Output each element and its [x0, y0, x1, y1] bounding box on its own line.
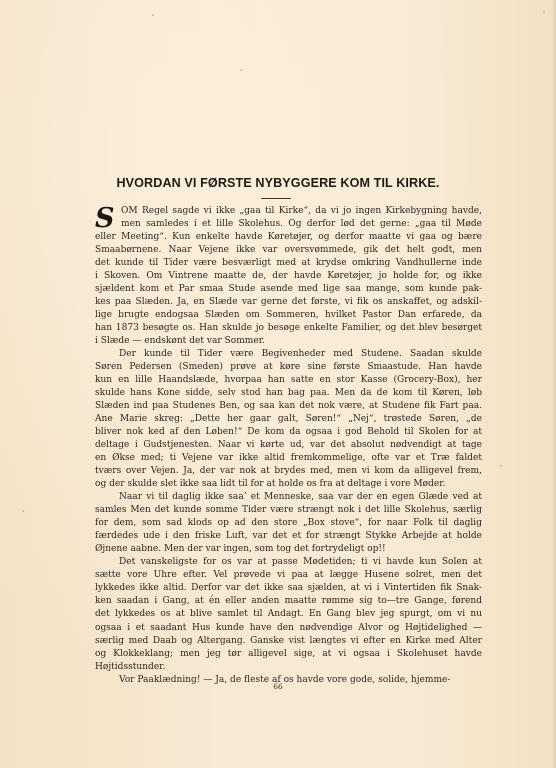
paper-speck [152, 14, 154, 16]
text-line: ken saadan i Gang, at én eller anden maa… [95, 595, 482, 608]
text-line: Slæden ind paa Studenes Ben, og saa kan … [95, 400, 482, 413]
text-line: Ane Marie skreg: „Dette her gaar galt, S… [95, 413, 482, 426]
page-number: 66 [0, 682, 556, 691]
text-line: for dem, som sad klods op ad den store „… [95, 517, 482, 530]
text-line: deltage i Gudstjenesten. Naar vi kørte u… [95, 439, 482, 452]
text-line: færdedes ude i den friske Luft, var det … [95, 530, 482, 543]
title-rule [261, 198, 291, 199]
text-line: Øjnene aabne. Men der var ingen, som tog… [95, 543, 482, 556]
text-line: sætte vore Uhre efter. Vel prøvede vi pa… [95, 569, 482, 582]
paper-speck [22, 510, 24, 512]
text-line: Smaabørnene. Naar Vejene ikke var oversv… [95, 244, 482, 257]
text-line: Det vanskeligste for os var at passe Mød… [95, 556, 482, 569]
text-line: han 1873 besøgte os. Han skulde jo besøg… [95, 322, 482, 335]
text-line: i Slæde — endskønt det var Sommer. [95, 335, 482, 348]
text-line: Der kunde til Tider være Begivenheder me… [95, 348, 482, 361]
text-line: Højtidsstunder. [95, 661, 482, 674]
text-line: men samledes i et lille Skolehus. Og der… [95, 218, 482, 231]
text-line: og Klokkeklang; men jeg tør alligevel si… [95, 648, 482, 661]
text-line: det kunde til Tider være besværligt med … [95, 257, 482, 270]
text-line: Søren Pedersen (Smeden) prøve at køre si… [95, 361, 482, 374]
text-line: lige brugte endogsaa Slæden om Sommeren,… [95, 309, 482, 322]
text-line: samles Men det kunde somme Tider være st… [95, 504, 482, 517]
text-line: i Skoven. Om Vintrene maatte de, der hav… [95, 270, 482, 283]
text-line: Naar vi til daglig ikke saa’ et Menneske… [95, 491, 482, 504]
text-line: eller Meeting“. Kun enkelte havde Køretø… [95, 231, 482, 244]
text-line: kun en lille Haandslæde, hvorpaa han sat… [95, 374, 482, 387]
paper-speck [543, 11, 545, 13]
text-line: skulde hans Kone sidde, selv stod han ba… [95, 387, 482, 400]
text-line: særlig med Daab og Altergang. Ganske vis… [95, 635, 482, 648]
text-line: det lykkedes os at blive samlet til Anda… [95, 608, 482, 621]
text-line: ogsaa i et saadant Hus kunde have den nø… [95, 622, 482, 635]
text-line: lykkedes ikke altid. Derfor var det ikke… [95, 582, 482, 595]
chapter-title: HVORDAN VI FØRSTE NYBYGGERE KOM TIL KIRK… [0, 176, 556, 190]
text-line: en Økse med; ti Vejene var ikke altid fr… [95, 452, 482, 465]
text-line: sjældent kom et Par smaa Stude asende me… [95, 283, 482, 296]
paper-speck [500, 465, 502, 467]
text-line: bliver nok ked af den Løben!“ De kom da … [95, 426, 482, 439]
text-line: OM Regel sagde vi ikke „gaa til Kirke“, … [95, 205, 482, 218]
text-line: og der skulde slet ikke saa lidt til for… [95, 478, 482, 491]
body-text: OM Regel sagde vi ikke „gaa til Kirke“, … [95, 205, 482, 687]
text-line: kes paa Slæden. Ja, en Slæde var gerne d… [95, 296, 482, 309]
text-line: tværs over Vejen. Ja, der var nok at bry… [95, 465, 482, 478]
paper-speck [240, 69, 242, 71]
